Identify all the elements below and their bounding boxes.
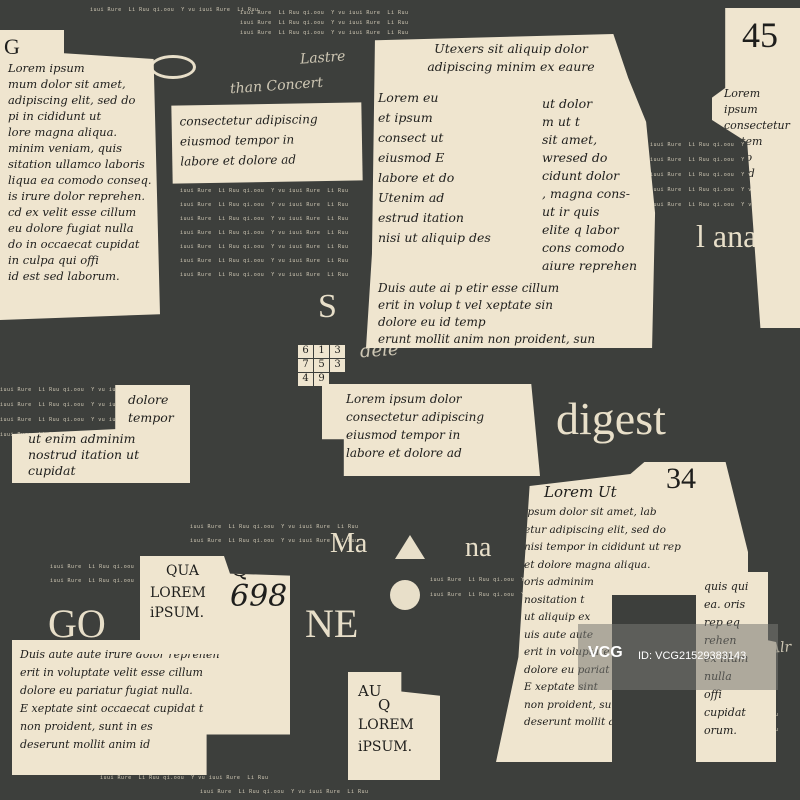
number-grid: 6 1 3 7 5 3 4 9 — [298, 345, 345, 386]
eye-icon — [150, 55, 196, 79]
note-text-left: Lorem eu et ipsum consect ut eiusmod E l… — [370, 82, 499, 254]
headline-ma: Ma — [330, 528, 367, 560]
typo-big-q: Q — [230, 556, 250, 580]
headline-na: na — [465, 532, 491, 564]
grid-cell: 7 — [298, 359, 313, 372]
headline-s: S — [318, 288, 337, 326]
typo-ipsum: iPSUM. — [358, 740, 412, 754]
grid-cell: 4 — [298, 373, 313, 386]
initial-g: G — [4, 34, 20, 60]
scribble-text: Lastre — [299, 48, 345, 67]
watermark: VCG ID: VCG21529383143 — [578, 624, 778, 690]
headline-ne: NE — [305, 600, 358, 647]
newspaper-text-block: iuui Rure Li Ruu qi.oou Y vu iuui Rure L… — [180, 228, 349, 238]
newspaper-text-block: iuui Rure Li Ruu qi.oou Y vu iuui Rure L… — [180, 242, 349, 252]
typo-ipsum: iPSUM. — [150, 606, 204, 620]
note-left-top: G Lorem ipsum mum dolor sit amet, adipis… — [0, 30, 160, 320]
grid-cell: 1 — [314, 345, 329, 358]
note-text: Lorem ipsum dolor consectetur adipiscing… — [322, 384, 540, 468]
typo-lorem: LOREM — [150, 586, 206, 600]
note-right-top: 45 Lorem ipsum consectetur ed tem et do … — [712, 8, 800, 328]
scribble-text: than Concert — [230, 75, 324, 97]
note-text-b: ut enim adminim nostrud itation ut cupid… — [20, 425, 147, 485]
note-center-middle: Lorem ipsum dolor consectetur adipiscing… — [322, 384, 540, 476]
note-duis-bottom: Duis aute aute irure dolor reprehen erit… — [12, 640, 290, 775]
headline-digest: digest — [556, 392, 666, 445]
grid-cell: 5 — [314, 359, 329, 372]
note-title: Utexers sit aliquip dolor adipiscing min… — [366, 34, 664, 81]
newspaper-text-block: iuui Rure Li Ruu qi.oou Y vu iuui Rure L… — [180, 270, 349, 280]
typo-lorem: LOREM — [358, 718, 414, 732]
newspaper-text-block: iuui Rure Li Ruu qi.oou Y vu iuui Rure L… — [90, 5, 259, 15]
note-text: consectetur adipiscing eiusmod tempor in… — [171, 102, 362, 177]
newspaper-text-block: iuui Rure Li Ruu qi.oou Y vu iuui Rure L… — [180, 214, 349, 224]
typo-q: Q — [378, 698, 390, 713]
headline-l-ana: l ana — [696, 218, 757, 255]
grid-cell: 3 — [330, 359, 345, 372]
sun-face-icon — [390, 580, 420, 610]
note-center-large: Utexers sit aliquip dolor adipiscing min… — [366, 34, 664, 348]
newspaper-text-block: iuui Rure Li Ruu qi.oou Y vu iuui Rure L… — [200, 787, 369, 797]
typo-qua: QUA — [166, 564, 199, 578]
number-45: 45 — [742, 14, 778, 56]
headline-go: GO — [48, 600, 106, 647]
typo-block-au: AU Q LOREM iPSUM. — [348, 672, 440, 780]
note-text-bottom: Duis aute ai p etir esse cillum erit in … — [370, 274, 603, 354]
newspaper-text-block: iuui Rure Li Ruu qi.oou Y vu iuui Rure L… — [240, 8, 409, 18]
triangle-shape-icon — [395, 535, 425, 559]
newspaper-text-block: iuui Rure Li Ruu qi.oou Y vu iuui Rure L… — [180, 200, 349, 210]
newspaper-text-block: iuui Rure Li Ruu qi.oou Y vu iuui Rure L… — [240, 28, 409, 38]
grid-cell: 6 — [298, 345, 313, 358]
newspaper-text-block: iuui Rure Li Ruu qi.oou Y vu iuui Rure L… — [180, 186, 349, 196]
watermark-id: ID: VCG21529383143 — [638, 650, 746, 662]
note-text: Duis aute aute irure dolor reprehen erit… — [12, 640, 290, 760]
note-text-right: ut dolor m ut t sit amet, wresed do cidu… — [534, 89, 645, 281]
typo-698: 698 — [230, 582, 287, 612]
newspaper-text-block: iuui Rure Li Ruu qi.oou Y vu iuui Rure L… — [180, 256, 349, 266]
newspaper-text-block: iuui Rure Li Ruu qi.oou Y vu iuui Rure L… — [240, 18, 409, 28]
watermark-logo: VCG — [588, 644, 623, 662]
note-consectetur-top: consectetur adipiscing eiusmod tempor in… — [171, 102, 362, 183]
number-34: 34 — [666, 462, 696, 496]
typo-block-698: QUA Q LOREM iPSUM. 698 — [140, 556, 290, 654]
note-text: Lorem ipsum mum dolor sit amet, adipisci… — [0, 30, 160, 290]
grid-cell: 3 — [330, 345, 345, 358]
